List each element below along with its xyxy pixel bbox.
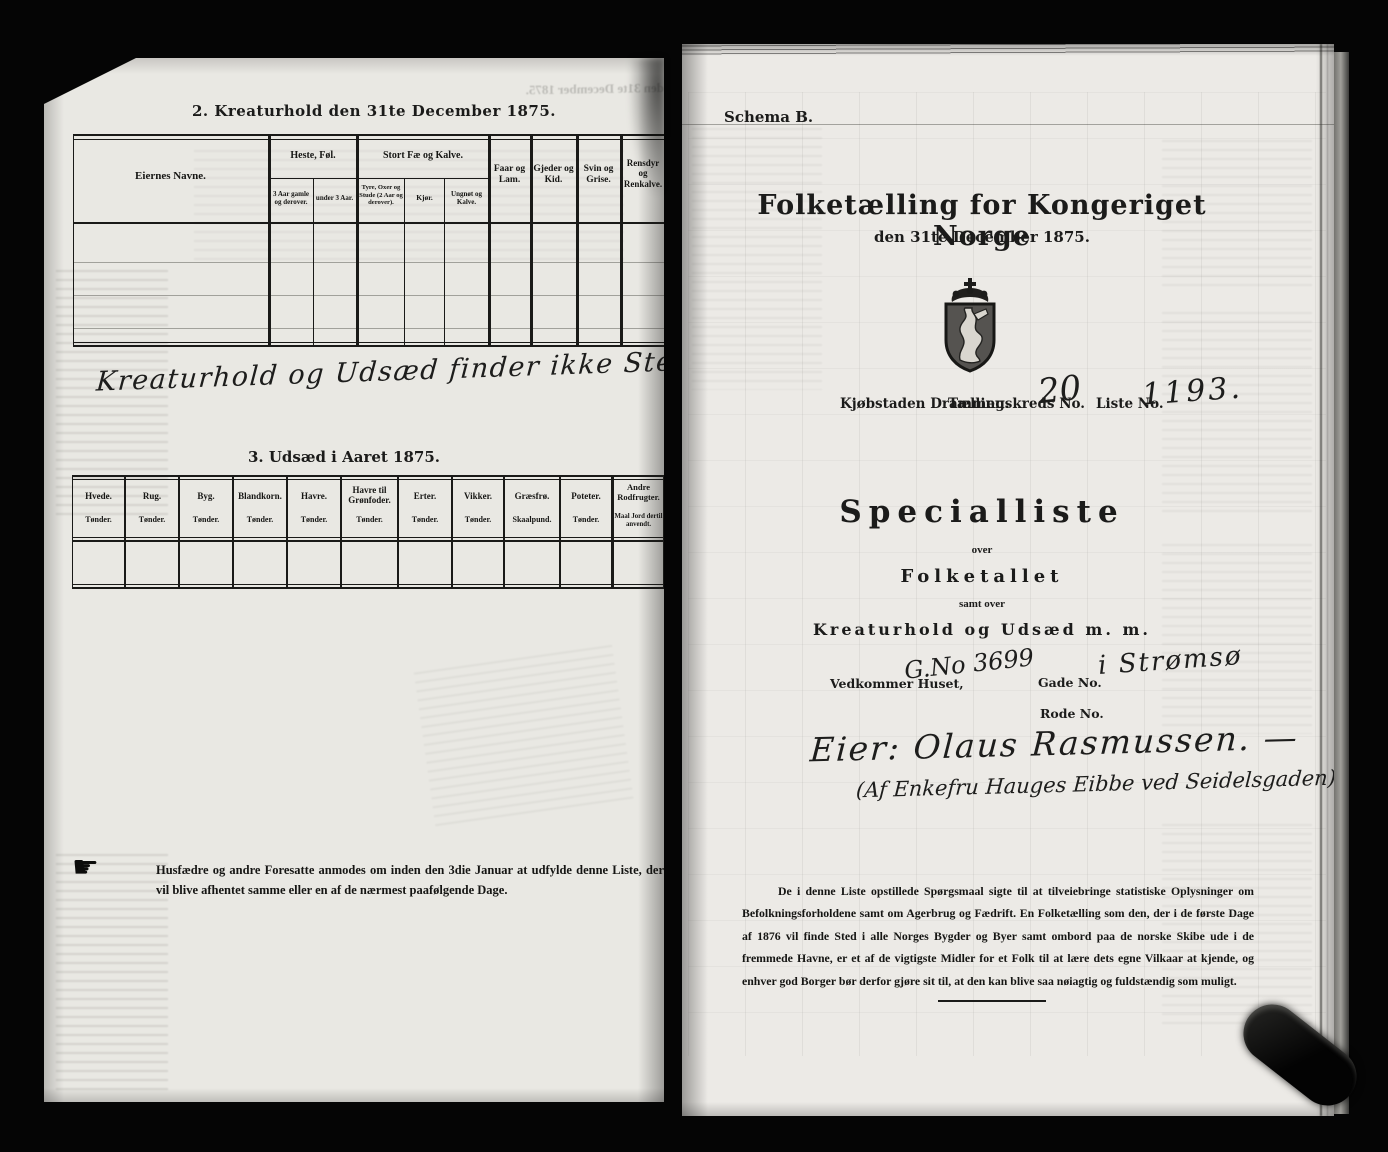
- column-header-goats: Gjeder og Kid.: [532, 164, 575, 186]
- grid-line: [664, 134, 666, 347]
- seed-col-unit: Tønder.: [453, 515, 503, 524]
- seed-col-unit: Skaalpund.: [505, 515, 559, 524]
- seed-col-unit: Tønder.: [399, 515, 451, 524]
- grid-line: [72, 540, 665, 542]
- grid-line: [356, 134, 359, 347]
- seed-col-unit: Tønder.: [288, 515, 340, 524]
- grid-line: [313, 178, 314, 347]
- rode-label: Rode No.: [1040, 706, 1104, 721]
- seed-col-unit: Tønder.: [73, 515, 124, 524]
- column-header-owners: Eiernes Navne.: [73, 170, 268, 183]
- handwritten-note: Kreaturhold og Udsæd finder ikke Sted.: [95, 345, 703, 397]
- list-heading-main: Specialliste: [772, 494, 1192, 530]
- page-subtitle: den 31te December 1875.: [748, 228, 1216, 246]
- subcolumn-horses-over3: 3 Aar gamle og derover.: [270, 190, 312, 206]
- bleedthrough-text-column: [56, 854, 168, 1096]
- bleedthrough-handwriting: [414, 645, 634, 831]
- manicule-icon: ☛: [72, 850, 99, 885]
- left-page: den 31te December 1875. 2. Kreaturhold d…: [44, 58, 664, 1102]
- scanned-census-spread: den 31te December 1875. 2. Kreaturhold d…: [0, 0, 1388, 1152]
- subcolumn-cattle-bulls: Tyre, Oxer og Stude (2 Aar og derover).: [359, 184, 403, 207]
- list-heading-livestock: Kreaturhold og Udsæd m. m.: [772, 620, 1192, 639]
- subcolumn-cattle-calves: Ungnøt og Kalve.: [446, 190, 487, 206]
- grid-line: [72, 537, 665, 538]
- list-heading-over: over: [772, 544, 1192, 556]
- seed-col-name: Havre til Grønfoder.: [342, 485, 397, 506]
- list-heading-population: Folketallet: [772, 566, 1192, 587]
- bleedthrough-text-column: [692, 128, 822, 390]
- seed-col-unit: Tønder.: [234, 515, 286, 524]
- grid-line: [72, 587, 665, 589]
- seed-col-name: Vikker.: [453, 491, 503, 501]
- signature-rule: [938, 1000, 1046, 1002]
- page-crease: [1320, 44, 1322, 1116]
- grid-line: [73, 134, 74, 347]
- column-header-sheep: Faar og Lam.: [490, 164, 529, 186]
- column-header-pigs: Svin og Grise.: [578, 164, 619, 186]
- right-page: Schema B. Folketælling for Kongeriget No…: [682, 44, 1334, 1116]
- seed-col-unit: Tønder.: [180, 515, 232, 524]
- grid-line: [72, 479, 665, 480]
- seed-col-unit: Tønder.: [561, 515, 611, 524]
- column-group-cattle: Stort Fæ og Kalve.: [359, 150, 487, 162]
- bleedthrough-rule: [682, 124, 1334, 125]
- bleedthrough-text-column: [1162, 312, 1312, 514]
- info-paragraph: De i denne Liste opstillede Spørgsmaal s…: [742, 880, 1254, 992]
- grid-line: [268, 178, 488, 179]
- subcolumn-horses-under3: under 3 Aar.: [314, 194, 355, 202]
- page-stack-edge: [682, 43, 1334, 57]
- seed-col-name: Hvede.: [73, 491, 124, 501]
- seed-col-unit: Tønder.: [342, 515, 397, 524]
- seed-col-name: Poteter.: [561, 491, 611, 501]
- seed-table: Hvede. Tønder. Rug. Tønder. Byg. Tønder.…: [72, 475, 665, 588]
- seed-col-name: Erter.: [399, 491, 451, 501]
- seed-col-name: Græsfrø.: [505, 491, 559, 501]
- coat-of-arms-icon: [938, 276, 1002, 374]
- grid-line: [72, 475, 665, 477]
- list-number-handwritten: 1193.: [1141, 371, 1244, 413]
- list-heading-samt-over: samt over: [772, 598, 1192, 610]
- grid-line: [404, 178, 405, 347]
- column-group-horses: Heste, Føl.: [270, 150, 356, 162]
- district-number-handwritten: 20: [1036, 368, 1083, 412]
- seed-col-name: Havre.: [288, 491, 340, 501]
- grid-line: [72, 584, 665, 585]
- grid-line: [444, 178, 445, 347]
- street-label: Gade No.: [1038, 675, 1102, 690]
- page-edge-strip: [1334, 52, 1349, 1114]
- seed-col-unit: Maal Jord dertil anvendt.: [614, 513, 663, 529]
- seed-col-unit: Tønder.: [126, 515, 178, 524]
- grid-line: [268, 134, 271, 347]
- gutter-shadow: [628, 58, 664, 198]
- seed-col-name: Blandkorn.: [234, 491, 286, 501]
- seed-col-name: Rug.: [126, 491, 178, 501]
- section3-title: 3. Udsæd i Aaret 1875.: [144, 448, 544, 466]
- seed-col-name: Andre Rodfrugter.: [614, 483, 663, 503]
- footer-note: Husfædre og andre Foresatte anmodes om i…: [156, 860, 664, 900]
- grid-line: [663, 475, 665, 588]
- page-crease: [1327, 44, 1328, 1116]
- seed-col-name: Byg.: [180, 491, 232, 501]
- subcolumn-cattle-cows: Kjør.: [406, 194, 443, 203]
- livestock-table: Eiernes Navne. Heste, Føl. Stort Fæ og K…: [73, 134, 666, 347]
- section2-title: 2. Kreaturhold den 31te December 1875.: [154, 102, 594, 120]
